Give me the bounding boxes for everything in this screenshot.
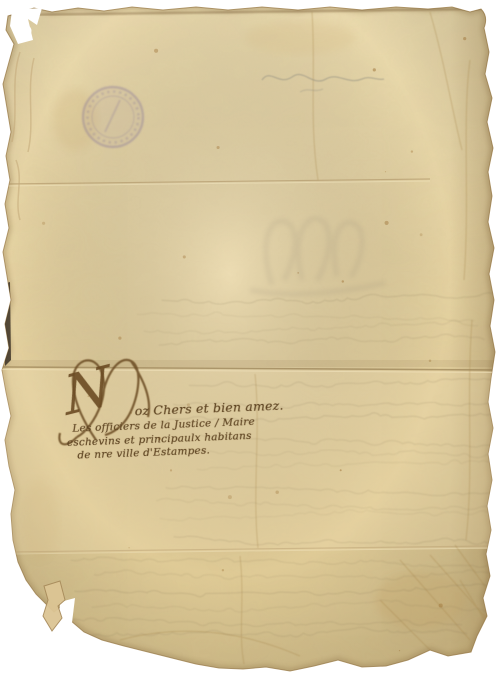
- foxing-fleck: [228, 495, 232, 499]
- paper-sheet: [0, 0, 500, 684]
- foxing-fleck: [275, 490, 278, 493]
- foxing-fleck: [154, 49, 158, 53]
- foxing-fleck: [411, 150, 413, 152]
- foxing-fleck: [342, 280, 344, 282]
- foxing-fleck: [183, 255, 186, 258]
- manuscript-scan: N oz Chers et bien amez. Les officiers d…: [0, 0, 500, 684]
- foxing-fleck: [420, 233, 423, 236]
- foxing-fleck: [170, 469, 172, 471]
- foxing-fleck: [399, 650, 400, 651]
- foxing-fleck: [385, 221, 389, 225]
- foxing-fleck: [42, 222, 45, 225]
- foxing-fleck: [340, 469, 342, 471]
- foxing-fleck: [88, 395, 90, 397]
- foxing-fleck: [222, 569, 224, 571]
- foxing-fleck: [439, 603, 443, 607]
- library-stamp: [83, 87, 143, 147]
- foxing-fleck: [385, 171, 386, 172]
- foxing-fleck: [128, 547, 129, 548]
- foxing-fleck: [463, 37, 466, 40]
- foxing-fleck: [158, 437, 161, 440]
- foxing-fleck: [429, 360, 432, 363]
- paper-texture: [0, 0, 500, 684]
- left-edge-shadow-sliver-lower: [2, 550, 9, 590]
- foxing-fleck: [118, 337, 121, 340]
- foxing-fleck: [217, 146, 220, 149]
- foxing-fleck: [373, 68, 376, 71]
